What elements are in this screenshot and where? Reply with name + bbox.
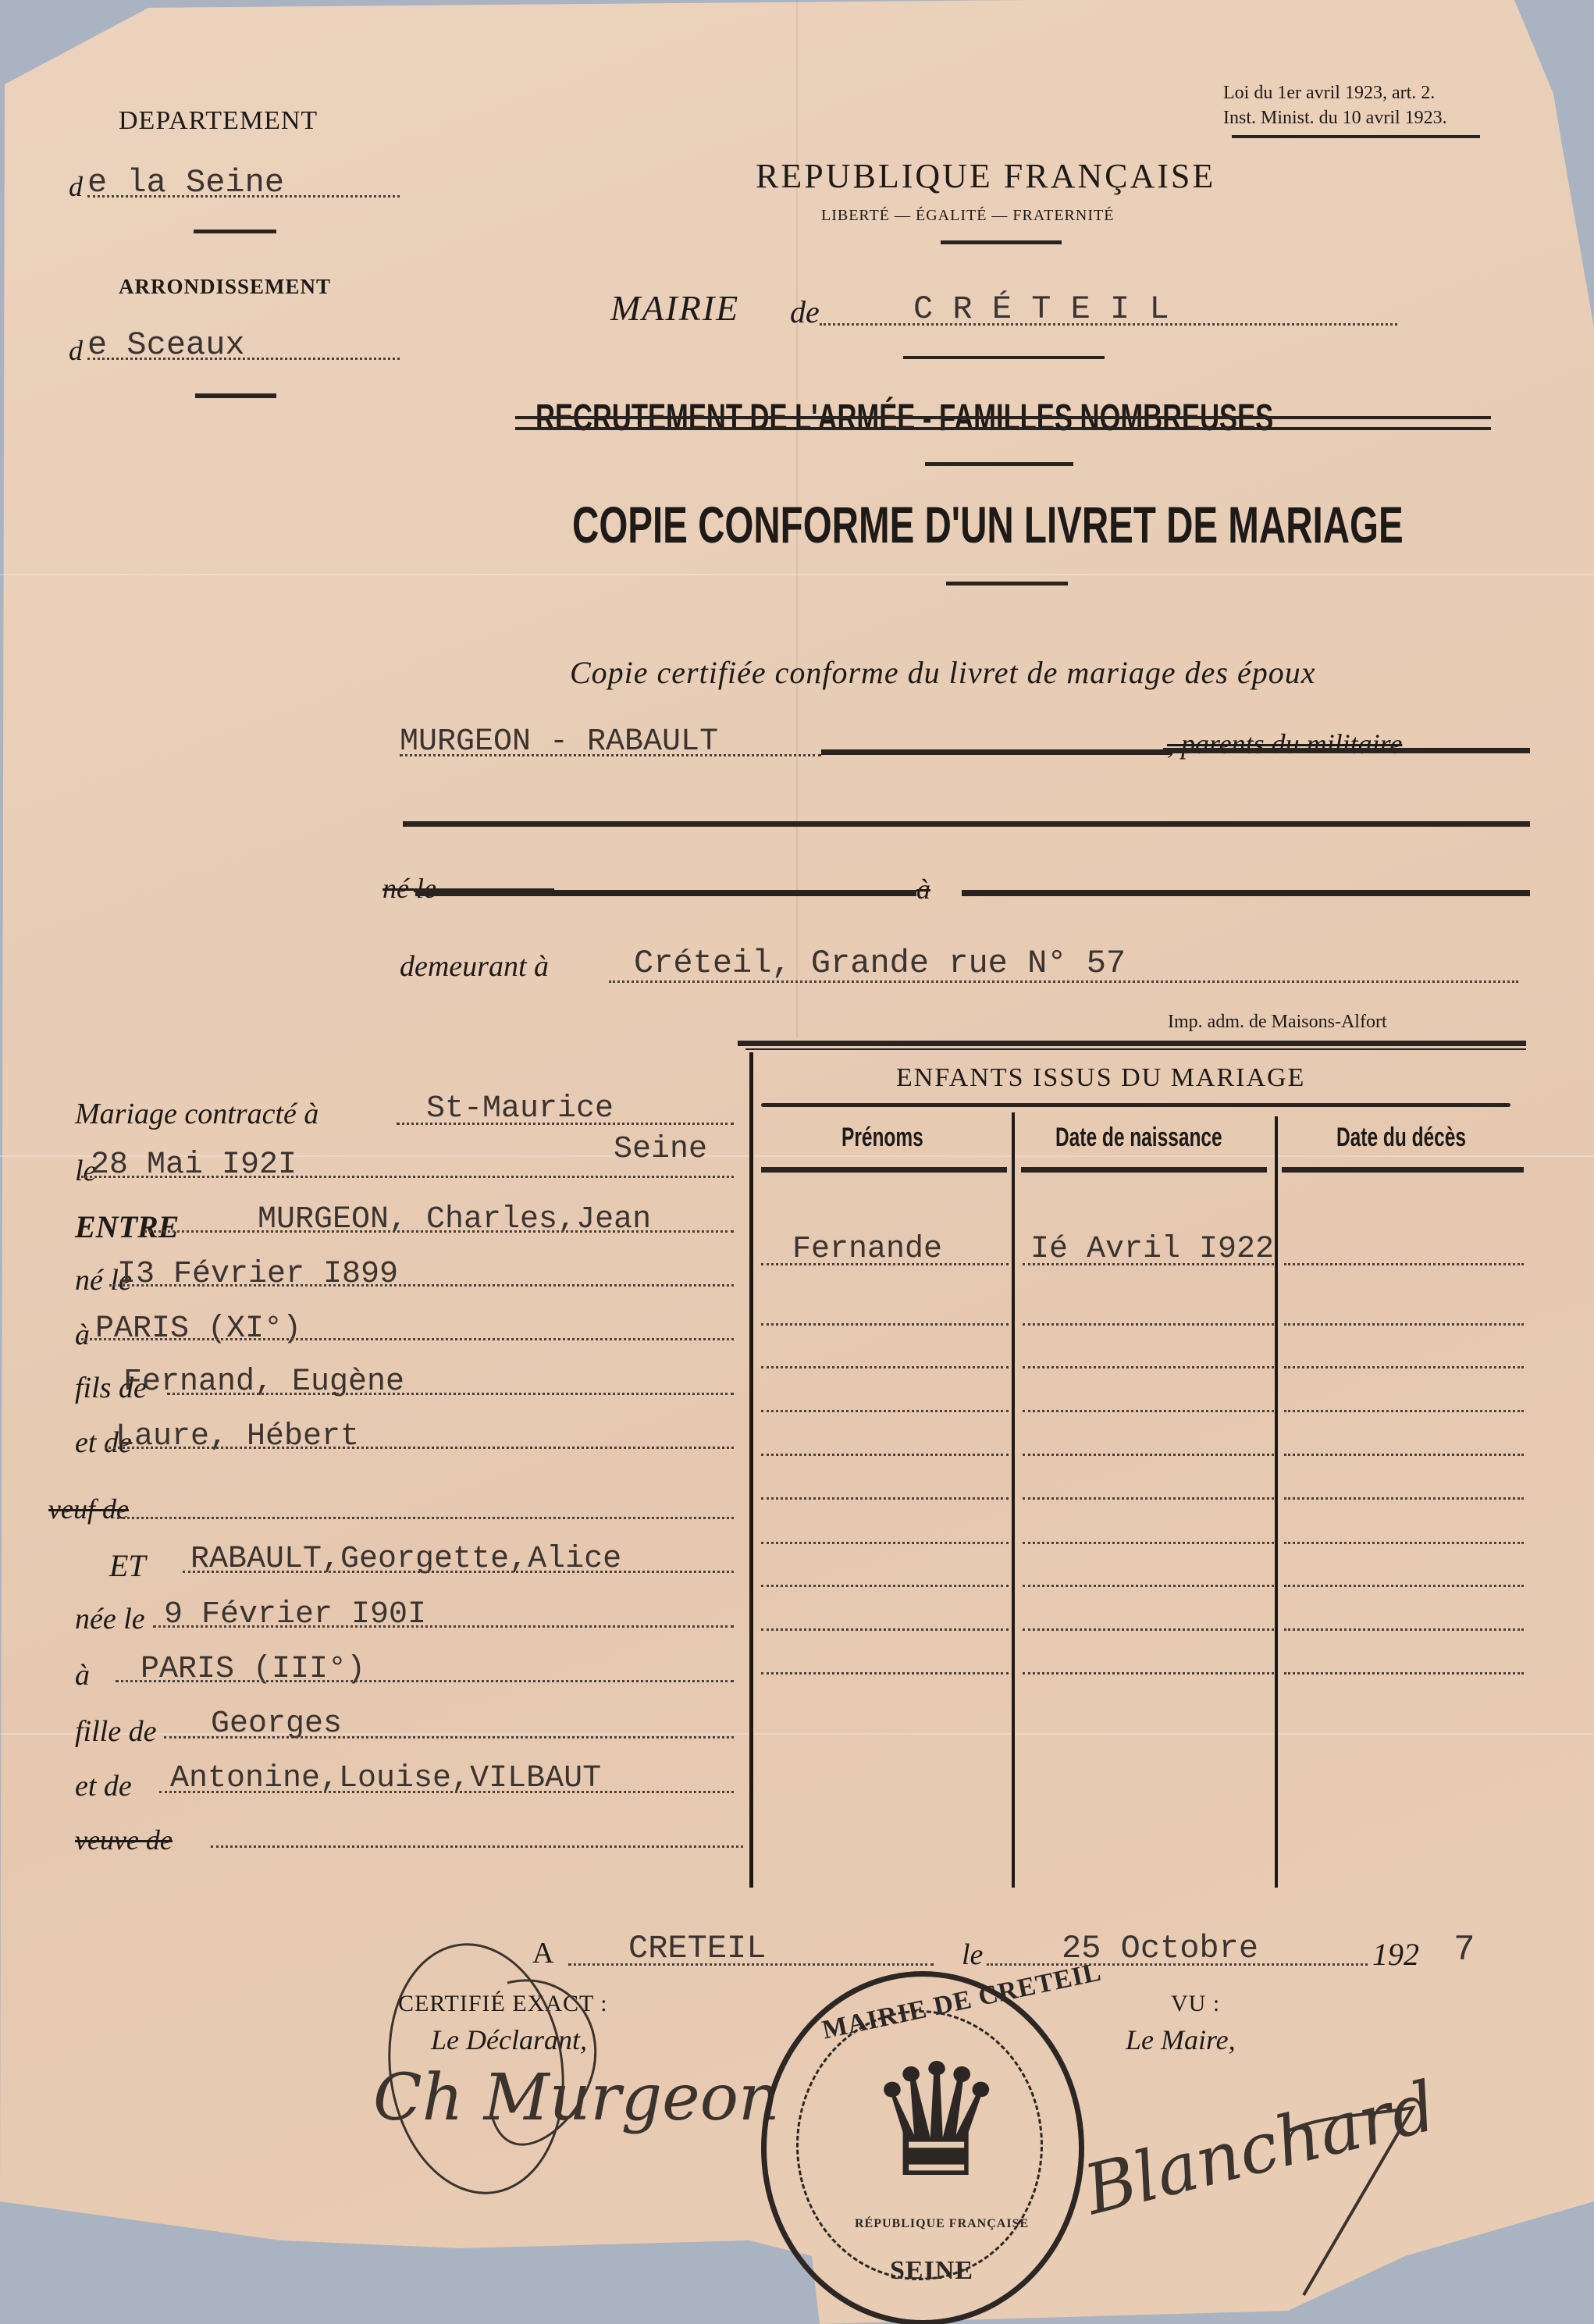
struck-fill-line xyxy=(1163,748,1530,753)
strike-line xyxy=(515,416,1491,419)
table-row-dotline xyxy=(1284,1672,1524,1674)
mairie-de: de xyxy=(790,294,820,330)
struck-fill-line xyxy=(821,749,1172,755)
table-row-dotline xyxy=(1023,1542,1274,1544)
and-label: ET xyxy=(109,1547,146,1584)
residence-dotline xyxy=(609,980,1518,983)
footer-year-prefix: 192 xyxy=(1372,1936,1419,1973)
wife-mother-label: et de xyxy=(75,1769,132,1803)
table-row-dotline xyxy=(1284,1542,1524,1544)
stamp-motto: RÉPUBLIQUE FRANÇAISE xyxy=(855,2217,1029,2231)
declarant-signature: Ch Murgeon xyxy=(373,2061,780,2135)
dotline xyxy=(81,1338,734,1340)
column-header-prenoms: Prénoms xyxy=(841,1123,923,1153)
husband-place-label: à xyxy=(75,1318,90,1352)
mairie-label: MAIRIE xyxy=(610,287,739,329)
printer-note: Imp. adm. de Maisons-Alfort xyxy=(1168,1012,1387,1033)
table-row-dotline xyxy=(761,1366,1009,1368)
mairie-dotline xyxy=(820,323,1397,326)
header-underline xyxy=(1282,1167,1524,1173)
dotline xyxy=(109,1284,734,1287)
republic-motto: LIBERTÉ — ÉGALITÉ — FRATERNITÉ xyxy=(821,207,1114,225)
widower-label: veuf de xyxy=(48,1493,129,1525)
column-header-birth-date: Date de naissance xyxy=(1055,1123,1222,1153)
table-row-dotline xyxy=(1284,1454,1524,1456)
dotline xyxy=(164,1736,734,1739)
table-row-dotline xyxy=(1023,1454,1274,1456)
table-row-dotline xyxy=(1284,1263,1524,1265)
table-row-dotline xyxy=(1023,1497,1274,1500)
department-prefix: d xyxy=(69,170,83,203)
husband-mother-value: Laure, Hébert xyxy=(116,1419,359,1454)
table-row-dotline xyxy=(761,1497,1009,1500)
legal-ref-underline xyxy=(1232,135,1480,138)
struck-at-label: à xyxy=(916,873,930,906)
table-row-dotline xyxy=(1284,1497,1524,1500)
table-top-rule xyxy=(738,1041,1526,1046)
table-row-dotline xyxy=(1284,1628,1524,1631)
wife-father-label: fille de xyxy=(75,1714,156,1749)
department-dotline xyxy=(87,195,400,198)
footer-date-label: le xyxy=(962,1938,983,1972)
struck-blank-line xyxy=(403,821,1530,827)
republic-title: REPUBLIQUE FRANÇAISE xyxy=(756,156,1215,196)
footer-place-value: CRETEIL xyxy=(628,1930,766,1967)
table-row-dotline xyxy=(761,1454,1009,1456)
husband-born-value: I3 Février I899 xyxy=(117,1257,398,1292)
spouses-dotline xyxy=(400,754,821,756)
header-underline xyxy=(761,1167,1007,1173)
dotline xyxy=(117,1517,734,1519)
struck-military-parents: , parents du militaire xyxy=(1167,728,1402,760)
table-row-dotline xyxy=(761,1542,1009,1544)
table-title: ENFANTS ISSUS DU MARIAGE xyxy=(896,1063,1305,1093)
table-top-thin-rule xyxy=(745,1048,1526,1050)
department-label: DEPARTEMENT xyxy=(119,106,318,136)
table-row-dotline xyxy=(1023,1410,1274,1412)
table-row-dotline xyxy=(1284,1366,1524,1368)
stamp-liberty-figure-icon: ♛ xyxy=(866,2045,1006,2201)
dotline xyxy=(211,1845,743,1848)
table-row-dotline xyxy=(761,1628,1009,1631)
mayor-label: Le Maire, xyxy=(1126,2023,1236,2056)
separator-rule xyxy=(903,356,1105,359)
main-title: COPIE CONFORME D'UN LIVRET DE MARIAGE xyxy=(572,495,1404,554)
mairie-value: C R É T E I L xyxy=(913,290,1169,328)
table-row-dotline xyxy=(1023,1672,1274,1674)
table-row-dotline xyxy=(761,1323,1009,1326)
table-title-rule xyxy=(761,1103,1510,1107)
struck-fill-line xyxy=(962,890,1530,896)
mayor-signature-stroke xyxy=(1272,2100,1429,2303)
dotline xyxy=(116,1680,734,1682)
table-row-dotline xyxy=(1023,1585,1274,1587)
arrondissement-dotline xyxy=(87,358,400,360)
table-row-dotline xyxy=(1284,1323,1524,1326)
table-row-dotline xyxy=(1284,1410,1524,1412)
seen-label: VU : xyxy=(1171,1991,1220,2017)
header-underline xyxy=(1021,1167,1267,1173)
separator-rule xyxy=(946,582,1068,585)
husband-place-value: PARIS (XI°) xyxy=(95,1311,301,1347)
column-header-death-date: Date du décès xyxy=(1336,1123,1466,1153)
table-row-dotline xyxy=(1023,1366,1274,1368)
widow-label: veuve de xyxy=(75,1824,173,1856)
marriage-place-value: St-Maurice xyxy=(426,1091,614,1126)
separator-rule xyxy=(941,240,1062,244)
dotline xyxy=(153,1625,734,1628)
strike-line xyxy=(515,427,1491,430)
dotline xyxy=(167,1393,734,1395)
arrondissement-prefix: d xyxy=(69,334,83,367)
dotline xyxy=(183,1571,734,1573)
wife-born-label: née le xyxy=(75,1602,145,1636)
marriage-place-label: Mariage contracté à xyxy=(75,1097,318,1131)
table-left-border xyxy=(749,1052,753,1888)
separator-rule xyxy=(195,393,276,398)
certification-intro: Copie certifiée conforme du livret de ma… xyxy=(570,654,1316,691)
table-col-divider xyxy=(1012,1112,1015,1888)
struck-fill-line xyxy=(415,890,916,896)
table-row-dotline xyxy=(1023,1323,1274,1326)
stamp-bottom-text: SEINE xyxy=(890,2256,973,2286)
dotline xyxy=(144,1230,734,1233)
dotline xyxy=(81,1176,734,1178)
legal-ref-line2: Inst. Minist. du 10 avril 1923. xyxy=(1223,108,1447,129)
table-cell: Fernande xyxy=(792,1232,942,1267)
legal-ref-line1: Loi du 1er avril 1923, art. 2. xyxy=(1223,83,1435,104)
table-row-dotline xyxy=(1284,1585,1524,1587)
marriage-place-value-2: Seine xyxy=(614,1132,707,1167)
residence-label: demeurant à xyxy=(400,949,549,984)
table-col-divider xyxy=(1275,1116,1278,1888)
arrondissement-label: ARRONDISSEMENT xyxy=(119,275,331,299)
dotline xyxy=(159,1791,734,1793)
between-label: ENTRE xyxy=(75,1208,179,1245)
table-cell: Ié Avril I922 xyxy=(1030,1232,1274,1267)
wife-place-label: à xyxy=(75,1658,90,1692)
dotline xyxy=(397,1123,734,1125)
residence-value: Créteil, Grande rue N° 57 xyxy=(634,945,1126,982)
footer-year-suffix: 7 xyxy=(1453,1930,1475,1970)
table-row-dotline xyxy=(761,1410,1009,1412)
dotline xyxy=(987,1963,1368,1966)
separator-rule xyxy=(194,230,276,233)
dotline xyxy=(105,1447,734,1449)
table-row-dotline xyxy=(761,1672,1009,1674)
separator-rule xyxy=(925,462,1073,466)
table-row-dotline xyxy=(1023,1628,1274,1631)
table-row-dotline xyxy=(761,1585,1009,1587)
